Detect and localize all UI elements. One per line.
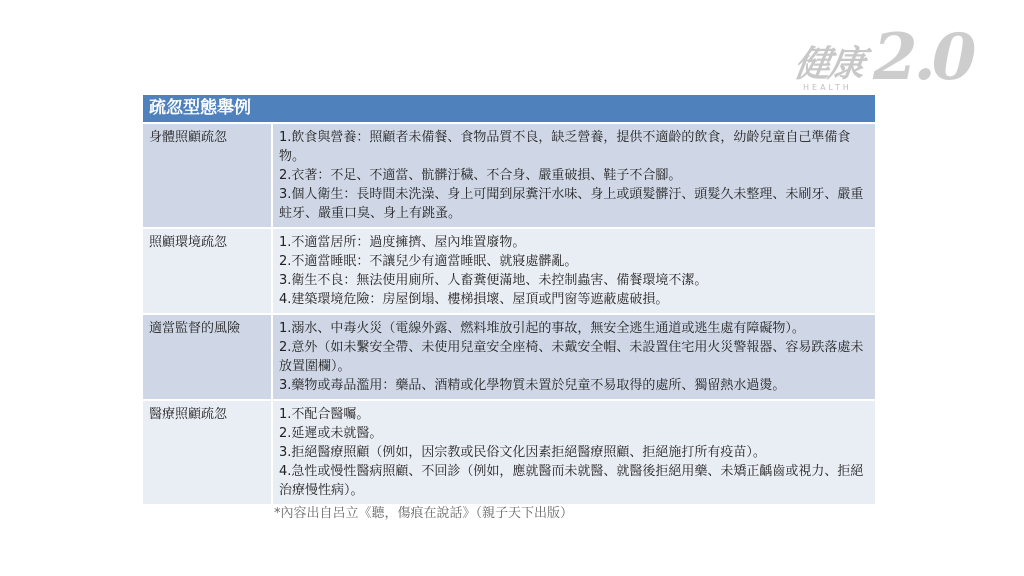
row-item: 2.意外（如未繫安全帶、未使用兒童安全座椅、未戴安全帽、未設置住宅用火災警報器、… — [279, 338, 869, 376]
row-item: 3.藥物或毒品濫用：藥品、酒精或化學物質未置於兒童不易取得的處所、獨留熱水過燙。 — [279, 376, 869, 395]
logo-english-text: HEALTH — [803, 83, 852, 92]
row-item: 1.飲食與營養：照顧者未備餐、食物品質不良，缺乏營養，提供不適齡的飲食，幼齡兒童… — [279, 128, 869, 166]
row-item: 2.延遲或未就醫。 — [279, 424, 869, 443]
logo-number: 2.0 — [873, 20, 972, 95]
table-row: 照顧環境疏忽 1.不適當居所：過度擁擠、屋內堆置廢物。 2.不適當睡眠：不讓兒少… — [143, 229, 875, 315]
row-item: 1.不配合醫囑。 — [279, 405, 869, 424]
row-items: 1.飲食與營養：照顧者未備餐、食物品質不良，缺乏營養，提供不適齡的飲食，幼齡兒童… — [273, 124, 875, 227]
row-item: 2.不適當睡眠：不讓兒少有適當睡眠、就寢處髒亂。 — [279, 252, 869, 271]
table-row: 適當監督的風險 1.溺水、中毒火災（電線外露、燃料堆放引起的事故，無安全逃生通道… — [143, 315, 875, 401]
table-row: 身體照顧疏忽 1.飲食與營養：照顧者未備餐、食物品質不良，缺乏營養，提供不適齡的… — [143, 124, 875, 229]
logo-chinese-text: 健康 — [791, 36, 866, 87]
neglect-types-table: 疏忽型態舉例 身體照顧疏忽 1.飲食與營養：照顧者未備餐、食物品質不良，缺乏營養… — [143, 95, 875, 506]
health-2-0-logo: 健康 HEALTH 2.0 — [795, 28, 995, 103]
row-category: 醫療照顧疏忽 — [143, 401, 273, 504]
row-category: 適當監督的風險 — [143, 315, 273, 399]
row-item: 3.個人衛生：長時間未洗澡、身上可聞到尿糞汗水味、身上或頭髮髒汙、頭髮久未整理、… — [279, 185, 869, 223]
row-item: 1.不適當居所：過度擁擠、屋內堆置廢物。 — [279, 233, 869, 252]
row-items: 1.不配合醫囑。 2.延遲或未就醫。 3.拒絕醫療照顧（例如，因宗教或民俗文化因… — [273, 401, 875, 504]
source-note: *內容出自呂立《聽，傷痕在說話》（親子天下出版） — [274, 502, 573, 521]
table-title: 疏忽型態舉例 — [143, 95, 875, 124]
row-category: 照顧環境疏忽 — [143, 229, 273, 313]
row-item: 2.衣著：不足、不適當、骯髒汙穢、不合身、嚴重破損、鞋子不合腳。 — [279, 166, 869, 185]
row-items: 1.溺水、中毒火災（電線外露、燃料堆放引起的事故，無安全逃生通道或逃生處有障礙物… — [273, 315, 875, 399]
row-item: 3.拒絕醫療照顧（例如，因宗教或民俗文化因素拒絕醫療照顧、拒絕施打所有疫苗）。 — [279, 443, 869, 462]
row-item: 1.溺水、中毒火災（電線外露、燃料堆放引起的事故，無安全逃生通道或逃生處有障礙物… — [279, 319, 869, 338]
row-item: 3.衛生不良：無法使用廁所、人畜糞便滿地、未控制蟲害、備餐環境不潔。 — [279, 271, 869, 290]
row-item: 4.建築環境危險：房屋倒塌、樓梯損壞、屋頂或門窗等遮蔽處破損。 — [279, 290, 869, 309]
row-item: 4.急性或慢性醫病照顧、不回診（例如，應就醫而未就醫、就醫後拒絕用藥、未矯正齲齒… — [279, 462, 869, 500]
row-category: 身體照顧疏忽 — [143, 124, 273, 227]
row-items: 1.不適當居所：過度擁擠、屋內堆置廢物。 2.不適當睡眠：不讓兒少有適當睡眠、就… — [273, 229, 875, 313]
table-row: 醫療照顧疏忽 1.不配合醫囑。 2.延遲或未就醫。 3.拒絕醫療照顧（例如，因宗… — [143, 401, 875, 506]
